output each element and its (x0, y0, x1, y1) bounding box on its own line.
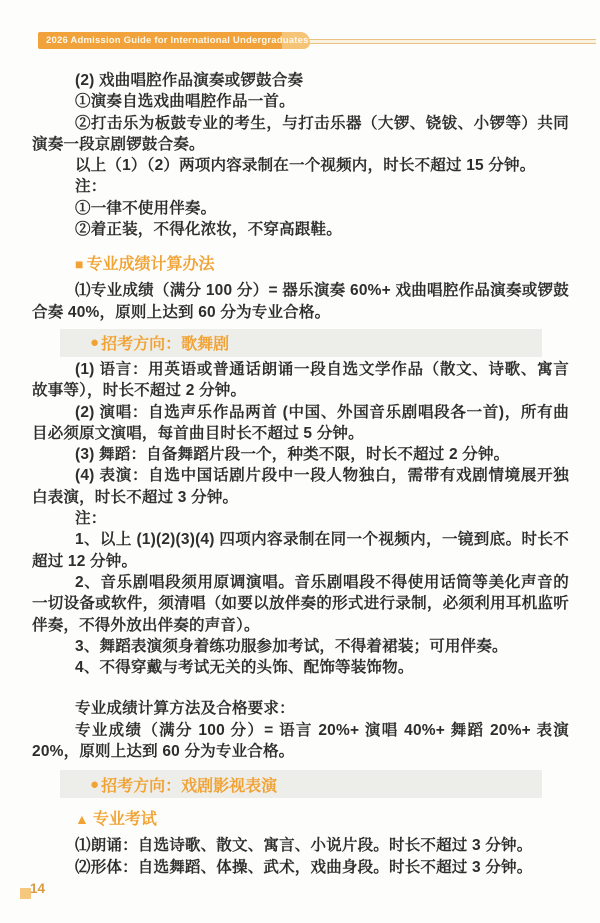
paragraph: (4) 表演：自选中国话剧片段中一段人物独白，需带有戏剧情境展开独白表演，时长不… (32, 465, 569, 508)
paragraph: 4、不得穿戴与考试无关的头饰、配饰等装饰物。 (32, 657, 569, 678)
paragraph: 以上（1）（2）两项内容录制在一个视频内，时长不超过 15 分钟。 (32, 155, 569, 176)
document-page: 2026 Admission Guide for International U… (0, 0, 600, 923)
section-heading-text: 招考方向：歌舞剧 (101, 331, 229, 354)
paragraph: (2) 演唱：自选声乐作品两首 (中国、外国音乐剧唱段各一首)，所有曲目必须原文… (32, 402, 569, 445)
section-heading-text: 招考方向：戏剧影视表演 (101, 773, 277, 796)
paragraph: ②打击乐为板鼓专业的考生，与打击乐器（大锣、铙钹、小锣等）共同演奏一段京剧锣鼓合… (32, 113, 569, 156)
paragraph: 专业成绩计算方法及合格要求： (32, 698, 569, 719)
paragraph: ⑴专业成绩（满分 100 分）= 器乐演奏 60%+ 戏曲唱腔作品演奏或锣鼓合奏… (32, 280, 569, 323)
section-heading-text: 专业成绩计算办法 (86, 256, 214, 273)
paragraph: (2) 戏曲唱腔作品演奏或锣鼓合奏 (32, 70, 569, 91)
spacer (32, 678, 569, 698)
paragraph: 2、音乐剧唱段须用原调演唱。音乐剧唱段不得使用话筒等美化声音的一切设备或软件，须… (32, 572, 569, 636)
circle-bullet-icon: ● (90, 776, 99, 793)
square-bullet-icon: ■ (75, 256, 83, 272)
paragraph: ⑵形体：自选舞蹈、体操、武术，戏曲身段。时长不超过 3 分钟。 (32, 857, 569, 878)
paragraph: (3) 舞蹈：自备舞蹈片段一个，种类不限，时长不超过 2 分钟。 (32, 444, 569, 465)
section-heading: ●招考方向：戏剧影视表演 (60, 770, 542, 798)
header-rule-line (293, 39, 596, 44)
section-heading: ▲专业考试 (32, 808, 569, 831)
section-heading: ■专业成绩计算办法 (32, 253, 569, 276)
paragraph: 1、以上 (1)(2)(3)(4) 四项内容录制在同一个视频内，一镜到底。时长不… (32, 529, 569, 572)
document-content: (2) 戏曲唱腔作品演奏或锣鼓合奏①演奏自选戏曲唱腔作品一首。②打击乐为板鼓专业… (32, 70, 569, 878)
page-number: 14 (30, 881, 45, 896)
paragraph: ②着正装，不得化浓妆，不穿高跟鞋。 (32, 219, 569, 240)
paragraph: ①一律不使用伴奏。 (32, 198, 569, 219)
header-banner-text: 2026 Admission Guide for International U… (38, 35, 309, 46)
section-heading: ●招考方向：歌舞剧 (60, 329, 542, 357)
paragraph: 专业成绩（满分 100 分）= 语言 20%+ 演唱 40%+ 舞蹈 20%+ … (32, 720, 569, 763)
paragraph: ①演奏自选戏曲唱腔作品一首。 (32, 91, 569, 112)
header-banner: 2026 Admission Guide for International U… (38, 32, 295, 49)
paragraph: 注： (32, 508, 569, 529)
paragraph: ⑴朗诵：自选诗歌、散文、寓言、小说片段。时长不超过 3 分钟。 (32, 835, 569, 856)
paragraph: 3、舞蹈表演须身着练功服参加考试，不得着裙装；可用伴奏。 (32, 636, 569, 657)
circle-bullet-icon: ● (90, 334, 99, 351)
triangle-bullet-icon: ▲ (75, 811, 89, 827)
section-heading-text: 专业考试 (93, 811, 157, 828)
paragraph: 注： (32, 176, 569, 197)
paragraph: (1) 语言：用英语或普通话朗诵一段自选文学作品（散文、诗歌、寓言故事等），时长… (32, 359, 569, 402)
